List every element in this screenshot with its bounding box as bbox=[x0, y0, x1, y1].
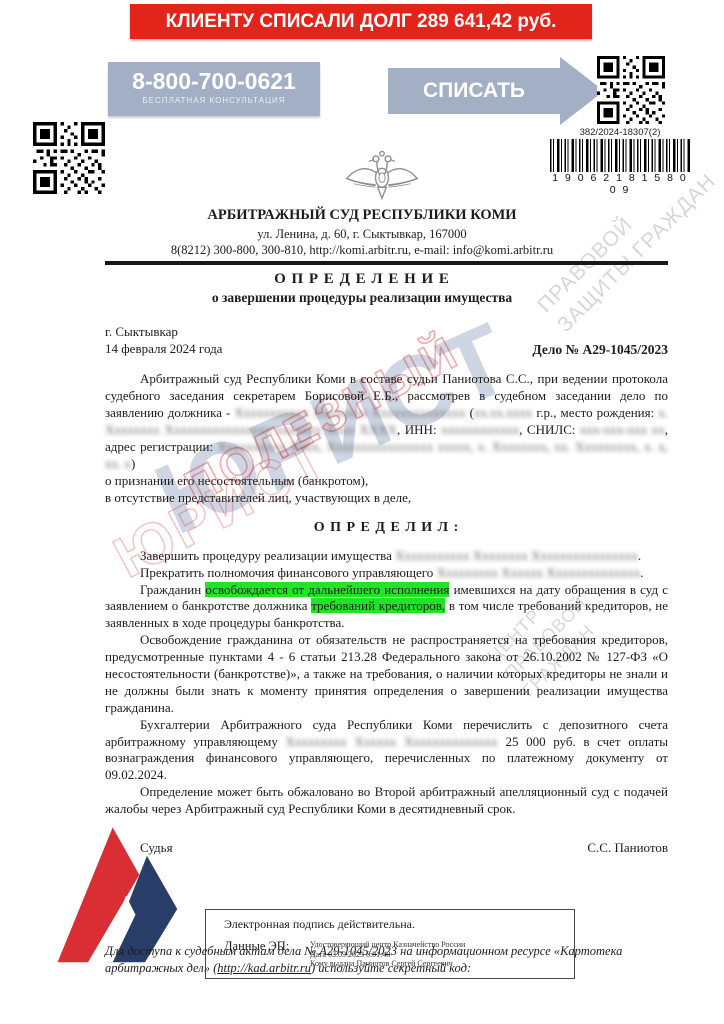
text: Прекратить полномочия финансового управл… bbox=[140, 565, 437, 580]
paragraph: в отсутствие представителей лиц, участву… bbox=[105, 490, 668, 507]
meta-city: г. Сыктывкар bbox=[105, 324, 668, 341]
footer-access-note-line2: арбитражных дел» (http://kad.arbitr.ru) … bbox=[105, 961, 695, 976]
barcode-digits: 1 9 0 6 2 1 8 1 5 8 0 0 9 bbox=[550, 172, 690, 196]
redacted-text: хх.хх.хххх bbox=[474, 405, 533, 420]
qr-code-right bbox=[597, 56, 665, 124]
judge-name: С.С. Паниотов bbox=[587, 840, 668, 857]
signature-row: Судья С.С. Паниотов bbox=[105, 840, 668, 857]
text: ( bbox=[466, 405, 474, 420]
kad-arbitr-link[interactable]: http://kad.arbitr.ru bbox=[217, 961, 311, 975]
paragraph: о признании его несостоятельным (банкрот… bbox=[105, 473, 668, 490]
paragraph: Гражданин освобождается от дальнейшего и… bbox=[105, 582, 668, 633]
stamp-number: 382/2024-18307(2) bbox=[550, 127, 690, 138]
judge-label: Судья bbox=[140, 840, 173, 857]
text: , ИНН: bbox=[397, 422, 441, 437]
meta-row: 14 февраля 2024 года Дело № А29-1045/202… bbox=[105, 341, 668, 359]
paragraph: Бухгалтерии Арбитражного суда Республики… bbox=[105, 717, 668, 785]
text: Гражданин bbox=[140, 582, 205, 597]
phone-banner[interactable]: 8-800-700-0621 БЕСПЛАТНАЯ КОНСУЛЬТАЦИЯ bbox=[108, 62, 320, 116]
footer-text: арбитражных дел» ( bbox=[105, 961, 217, 975]
document-title: О П Р Е Д Е Л Е Н И Е bbox=[0, 271, 724, 288]
redacted-text: хххххххххххх bbox=[441, 422, 519, 437]
paragraph: Прекратить полномочия финансового управл… bbox=[105, 565, 668, 582]
redacted-text: Ххххххххххх Хххххххх Хххххххххххххх bbox=[234, 405, 465, 420]
paragraph: Завершить процедуру реализации имущества… bbox=[105, 548, 668, 565]
meta-date: 14 февраля 2024 года bbox=[105, 341, 222, 359]
document-body: г. Сыктывкар 14 февраля 2024 года Дело №… bbox=[105, 324, 668, 857]
header-divider bbox=[105, 261, 668, 265]
court-name: АРБИТРАЖНЫЙ СУД РЕСПУБЛИКИ КОМИ bbox=[0, 207, 724, 224]
esign-valid-text: Электронная подпись действительна. bbox=[224, 917, 415, 932]
text: Завершить процедуру реализации имущества bbox=[140, 548, 395, 563]
text: в отсутствие представителей лиц, участву… bbox=[105, 490, 411, 505]
text: Определение может быть обжаловано во Вто… bbox=[105, 784, 668, 816]
redacted-text: Ххххххххххх Хххххххх bbox=[395, 548, 528, 563]
paragraph: Арбитражный суд Республики Коми в состав… bbox=[105, 371, 668, 472]
text: ) bbox=[131, 456, 135, 471]
text: , СНИЛС: bbox=[519, 422, 580, 437]
court-contacts: 8(8212) 300-800, 300-810, http://komi.ar… bbox=[0, 243, 724, 258]
text: . bbox=[640, 565, 643, 580]
text: г.р., место рождения: bbox=[532, 405, 658, 420]
highlighted-text: освобождается от дальнейшего исполнения bbox=[205, 582, 449, 597]
paragraph: Освобождение гражданина от обязательств … bbox=[105, 632, 668, 716]
text: Освобождение гражданина от обязательств … bbox=[105, 632, 668, 715]
footer-access-note-line1: Для доступа к судебным актам дела № А29-… bbox=[105, 944, 695, 959]
footer-text: ) используйте секретный код: bbox=[311, 961, 471, 975]
paragraph: Определение может быть обжаловано во Вто… bbox=[105, 784, 668, 818]
qr-code-left bbox=[33, 122, 105, 194]
document-page: ЮРИСТ ЮРИСТ ПОЛЕЗНЫЙ ПРАВОВОЙ ЗАЩИТЫ ГРА… bbox=[0, 0, 724, 1024]
document-subtitle: о завершении процедуры реализации имущес… bbox=[0, 290, 724, 306]
redacted-text: Хххххххххххххх bbox=[546, 565, 640, 580]
registration-stamp: 382/2024-18307(2) 1 9 0 6 2 1 8 1 5 8 0 … bbox=[550, 127, 690, 196]
phone-number: 8-800-700-0621 bbox=[108, 66, 320, 96]
resolution-heading: О П Р Е Д Е Л И Л : bbox=[105, 519, 668, 537]
case-number: Дело № А29-1045/2023 bbox=[532, 341, 668, 359]
barcode bbox=[550, 139, 690, 172]
redacted-text: ххх-ххх-ххх хх bbox=[580, 422, 665, 437]
redacted-text: Ххххххххх Хххххх Хххххххххххххх bbox=[285, 734, 497, 749]
redacted-text: Ххххххххх Хххххх bbox=[437, 565, 544, 580]
redacted-text: Хххххххххххххххх bbox=[531, 548, 638, 563]
write-off-debts-button[interactable]: СПИСАТЬ ДОЛГИ bbox=[388, 68, 560, 114]
debt-written-off-banner: КЛИЕНТУ СПИСАЛИ ДОЛГ 289 641,42 руб. bbox=[130, 4, 592, 39]
text: . bbox=[638, 548, 641, 563]
court-address: ул. Ленина, д. 60, г. Сыктывкар, 167000 bbox=[0, 227, 724, 242]
paragraphs-container: Арбитражный суд Республики Коми в состав… bbox=[105, 371, 668, 818]
russia-coat-of-arms-icon bbox=[339, 146, 425, 206]
text: о признании его несостоятельным (банкрот… bbox=[105, 473, 368, 488]
highlighted-text: требований кредиторов, bbox=[311, 598, 445, 613]
phone-subtitle: БЕСПЛАТНАЯ КОНСУЛЬТАЦИЯ bbox=[108, 96, 320, 105]
